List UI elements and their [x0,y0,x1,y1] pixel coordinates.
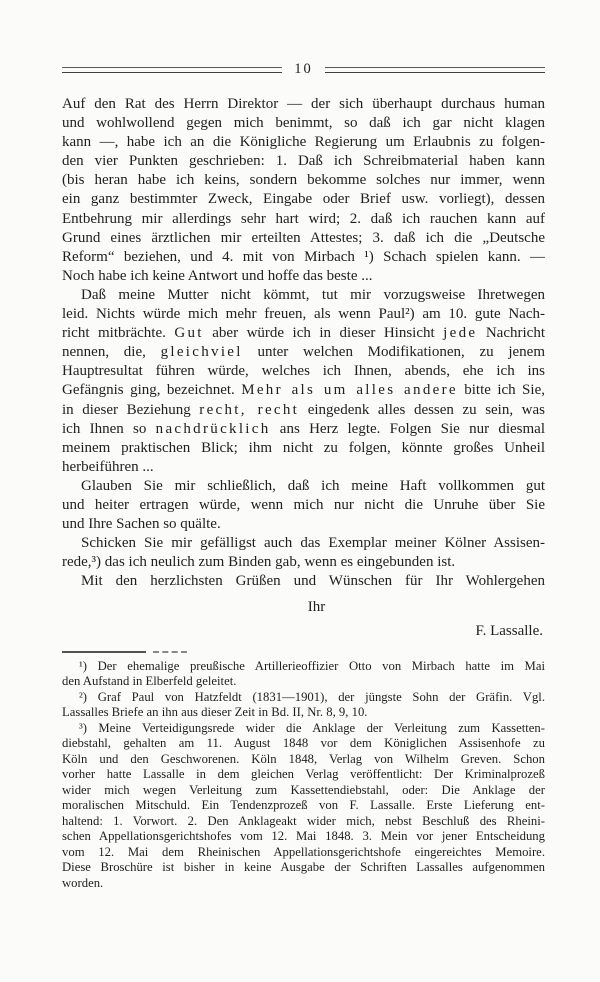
letterspaced-text: Mehr als um alles andere [241,382,458,398]
text-line: Daß meine Mutter nicht kömmt, tut mir vo… [62,286,545,305]
text-line: ein ganz bestimmter Zweck, Eingabe oder … [62,190,545,209]
text-line: Hauptresultat führen würde, welches ich … [62,362,545,381]
text-line: vom 12. Mai dem Rheinischen Appellations… [62,845,545,861]
footnote-separator-dashes [153,651,187,653]
letterspaced-text: nachdrücklich [156,421,271,437]
text-line: worden. [62,876,545,892]
letterspaced-text: Gut [174,325,203,341]
footnotes-section: ¹) Der ehemalige preußische Artillerieof… [62,659,545,892]
text-line: und heiter ertragen würde, wenn mich nur… [62,496,545,515]
closing-signature: F. Lassalle. [62,622,545,641]
footnote-separator [62,651,545,654]
header-rule-right [325,67,545,73]
letterspaced-text: recht, recht [199,402,299,418]
text-line: den vier Punkten geschrieben: 1. Daß ich… [62,152,545,171]
text-line: wider mich wegen Verleitung zum Kassette… [62,783,545,799]
letter-text-block: Auf den Rat des Herrn Direktor — der sic… [62,95,545,891]
closing-salutation: Ihr [62,598,545,617]
text-line: vorher hatte Lassalle in dem gleichen Ve… [62,767,545,783]
text-line: und Ihre Sachen so quälte. [62,515,545,534]
header-rule-left [62,67,282,73]
text-line: haltend: 1. Vorwort. 2. Den Anklageakt w… [62,814,545,830]
text-line: Noch habe ich keine Antwort und hoffe da… [62,267,545,286]
text-line: rede,³) das ich neulich zum Binden gab, … [62,553,545,572]
letter-body: Auf den Rat des Herrn Direktor — der sic… [62,95,545,591]
text-line: ich Ihnen so nachdrücklich ans Herz legt… [62,420,545,439]
text-line: ³) Meine Verteidigungsrede wider die Ank… [62,721,545,737]
text-line: und wohlwollend gegen mich benimmt, so d… [62,114,545,133]
text-line: Lassalles Briefe an ihn aus dieser Zeit … [62,705,545,721]
text-line: Mit den herzlichsten Grüßen und Wünschen… [62,572,545,591]
text-line: ¹) Der ehemalige preußische Artillerieof… [62,659,545,675]
text-line: Köln und den Geschworenen. Köln 1848, Ve… [62,752,545,768]
letterspaced-text: jede [443,325,477,341]
text-line: Glauben Sie mir schließlich, daß ich mei… [62,477,545,496]
text-line: herbeiführen ... [62,458,545,477]
text-line: schen Appellationsgerichtshofes vom 12. … [62,829,545,845]
book-page: 10 Auf den Rat des Herrn Direktor — der … [0,0,600,982]
text-line: moralischen Mitschuld. Ein Tendenzprozeß… [62,798,545,814]
page-number: 10 [294,62,313,76]
text-line: Diese Broschüre ist bisher in keine Ausg… [62,860,545,876]
text-line: richt mitbrächte. Gut aber würde ich in … [62,324,545,343]
running-head: 10 [62,63,545,77]
text-line: Gefängnis ging, bezeichnet. Mehr als um … [62,381,545,400]
text-line: Reform“ beziehen, und 4. mit von Mirbach… [62,248,545,267]
text-line: leid. Nichts würde mich mehr freuen, als… [62,305,545,324]
footnote-separator-rule [62,651,146,653]
text-line: kann —, habe ich an die Königliche Regie… [62,133,545,152]
closing-block: Ihr F. Lassalle. [62,598,545,640]
text-line: (bis heran habe ich keins, sondern bekom… [62,171,545,190]
text-line: meinem praktischen Blick; ihm nicht zu f… [62,439,545,458]
text-line: in dieser Beziehung recht, recht eingede… [62,401,545,420]
text-line: den Aufstand in Elberfeld geleitet. [62,674,545,690]
text-line: nennen, die, gleichviel unter welchen Mo… [62,343,545,362]
text-line: Schicken Sie mir gefälligst auch das Exe… [62,534,545,553]
text-line: diebstahl, gehalten am 11. August 1848 v… [62,736,545,752]
letterspaced-text: gleichviel [161,344,243,360]
text-line: Auf den Rat des Herrn Direktor — der sic… [62,95,545,114]
text-line: Grund eines ärztlichen mir erteilten Att… [62,229,545,248]
text-line: Entbehrung mir allerdings sehr hart wird… [62,210,545,229]
text-line: ²) Graf Paul von Hatzfeldt (1831—1901), … [62,690,545,706]
